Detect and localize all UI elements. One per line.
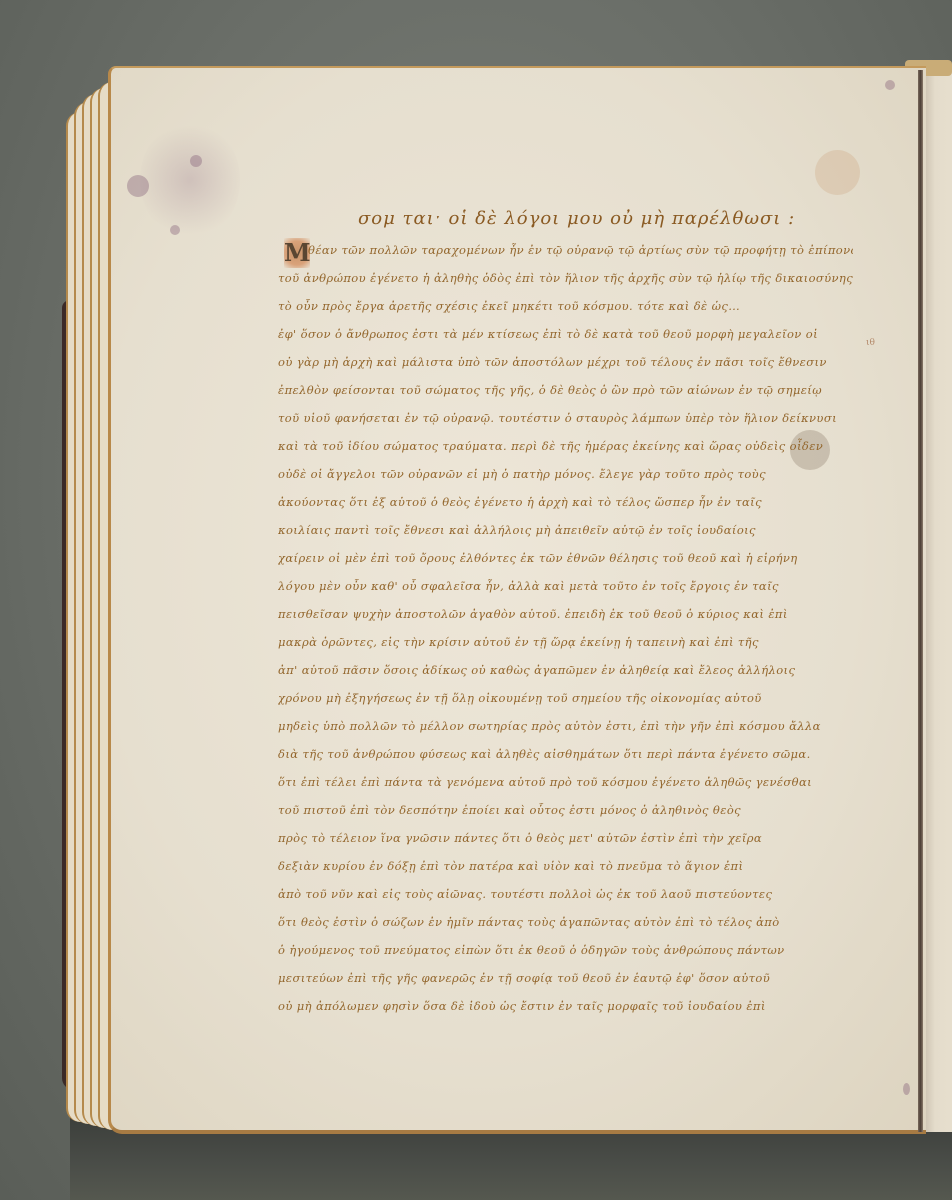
text-line: ὅτι θεὸς ἐστὶν ὁ σώζων ἐν ἡμῖν πάντας το… bbox=[278, 908, 853, 936]
purple-stain bbox=[885, 80, 895, 90]
text-line: ἐπελθὸν φείσονται τοῦ σώματος τῆς γῆς, ὁ… bbox=[278, 376, 853, 404]
text-line: τοῦ ἀνθρώπου ἐγένετο ἡ ἀληθὴς ὁδὸς ἐπὶ τ… bbox=[278, 264, 853, 292]
text-line: πρὸς τὸ τέλειον ἵνα γνῶσιν πάντες ὅτι ὁ … bbox=[278, 824, 853, 852]
text-heading-line: σομ ταιˑ οἱ δὲ λόγοι μου οὐ μὴ παρέλθωσι… bbox=[358, 208, 795, 229]
purple-stain-cluster bbox=[140, 120, 240, 240]
text-line: ἀπὸ τοῦ νῦν καὶ εἰς τοὺς αἰῶνας. τουτέστ… bbox=[278, 880, 853, 908]
text-line: θέαν τῶν πολλῶν ταραχομένων ἦν ἐν τῷ οὐρ… bbox=[308, 236, 853, 264]
text-line: κοιλίαις παντὶ τοῖς ἔθνεσι καὶ ἀλλήλοις … bbox=[278, 516, 853, 544]
text-line: καὶ τὰ τοῦ ἰδίου σώματος τραύματα. περὶ … bbox=[278, 432, 853, 460]
text-line: χρόνου μὴ ἐξηγήσεως ἐν τῇ ὅλῃ οἰκουμένῃ … bbox=[278, 684, 853, 712]
text-line: οὐδὲ οἱ ἄγγελοι τῶν οὐρανῶν εἰ μὴ ὁ πατὴ… bbox=[278, 460, 853, 488]
text-line: τοῦ υἱοῦ φανήσεται ἐν τῷ οὐρανῷ. τουτέστ… bbox=[278, 404, 853, 432]
text-line: ἀκούοντας ὅτι ἐξ αὐτοῦ ὁ θεὸς ἐγένετο ἡ … bbox=[278, 488, 853, 516]
text-line: ὁ ἡγούμενος τοῦ πνεύματος εἰπὼν ὅτι ἐκ θ… bbox=[278, 936, 853, 964]
text-line: ἐφ' ὅσον ὁ ἄνθρωπος ἐστι τὰ μέν κτίσεως … bbox=[278, 320, 853, 348]
gutter-fold bbox=[918, 70, 923, 1132]
text-line: πεισθεῖσαν ψυχὴν ἀποστολῶν ἀγαθὸν αὐτοῦ.… bbox=[278, 600, 853, 628]
text-line: ἀπ' αὐτοῦ πᾶσιν ὅσοις ἀδίκως οὐ καθὼς ἀγ… bbox=[278, 656, 853, 684]
text-line: μηδεὶς ὑπὸ πολλῶν τὸ μέλλον σωτηρίας πρὸ… bbox=[278, 712, 853, 740]
text-line: ὅτι ἐπὶ τέλει ἐπὶ πάντα τὰ γενόμενα αὐτο… bbox=[278, 768, 853, 796]
text-line: μεσιτεύων ἐπὶ τῆς γῆς φανερῶς ἐν τῇ σοφί… bbox=[278, 964, 853, 992]
text-line: οὐ μὴ ἀπόλωμεν φησὶν ὅσα δὲ ἰδοὺ ὡς ἔστι… bbox=[278, 992, 853, 1020]
rust-stain bbox=[815, 150, 860, 195]
text-line: τὸ οὖν πρὸς ἔργα ἀρετῆς σχέσις ἐκεῖ μηκέ… bbox=[278, 292, 853, 320]
text-line: τοῦ πιστοῦ ἐπὶ τὸν δεσπότην ἐποίει καὶ ο… bbox=[278, 796, 853, 824]
text-line: χαίρειν οἱ μὲν ἐπὶ τοῦ ὄρους ἐλθόντες ἐκ… bbox=[278, 544, 853, 572]
manuscript-text-block: θέαν τῶν πολλῶν ταραχομένων ἦν ἐν τῷ οὐρ… bbox=[308, 236, 853, 1020]
text-line: μακρὰ ὁρῶντες, εἰς τὴν κρίσιν αὐτοῦ ἐν τ… bbox=[278, 628, 853, 656]
facing-page-edge bbox=[923, 72, 952, 1132]
text-line: λόγου μὲν οὖν καθ' οὗ σφαλεῖσα ἦν, ἀλλὰ … bbox=[278, 572, 853, 600]
margin-note: ιθ bbox=[866, 338, 875, 348]
text-line: δεξιὰν κυρίου ἐν δόξῃ ἐπὶ τὸν πατέρα καὶ… bbox=[278, 852, 853, 880]
text-line: οὐ γὰρ μὴ ἀρχὴ καὶ μάλιστα ὑπὸ τῶν ἀποστ… bbox=[278, 348, 853, 376]
purple-stain bbox=[903, 1083, 910, 1095]
text-line: διὰ τῆς τοῦ ἀνθρώπου φύσεως καὶ ἀληθὲς α… bbox=[278, 740, 853, 768]
